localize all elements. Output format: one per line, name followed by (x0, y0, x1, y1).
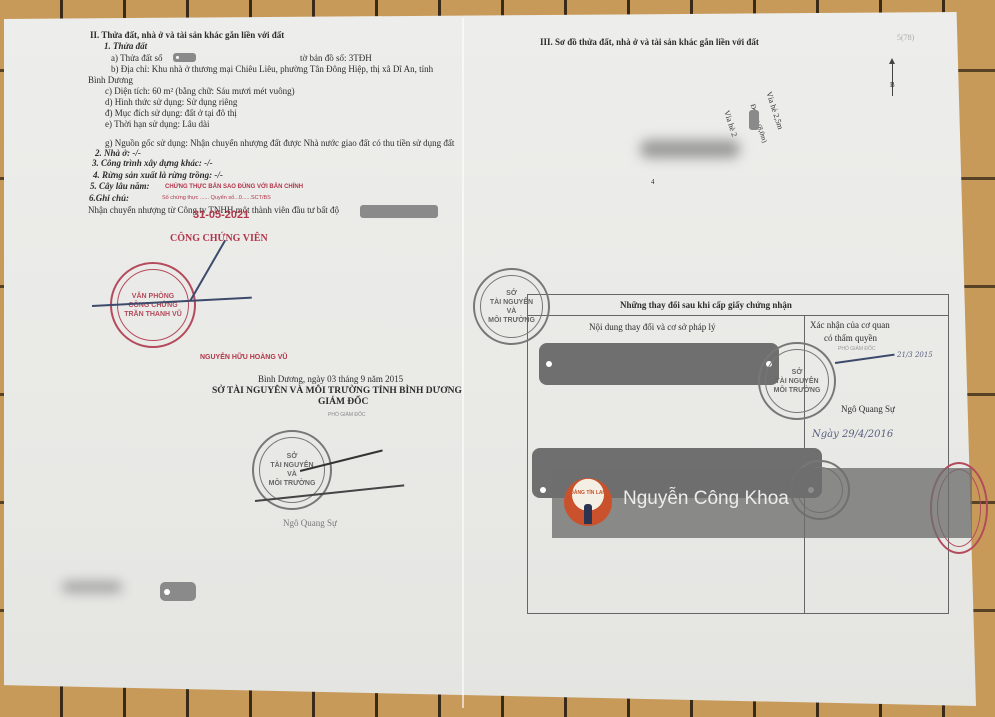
item-construction: 3. Công trình xây dựng khác: -/- (92, 158, 213, 169)
stamp-line: MÔI TRƯỜNG (774, 386, 821, 395)
avatar-person-icon (584, 504, 592, 524)
item-forest: 4. Rừng sản xuất là rừng trồng: -/- (93, 170, 223, 181)
area-line: c) Diện tích: 60 m² (bằng chữ: Sáu mươi … (105, 86, 295, 97)
corner-code: 5(78) (897, 32, 914, 43)
section3-heading: III. Sơ đồ thửa đất, nhà ở và tài sản kh… (540, 37, 759, 48)
redacted-parcel-number (173, 53, 196, 62)
issuer-role: GIÁM ĐỐC (318, 397, 368, 408)
stamp-line: TÀI NGUYÊN (490, 298, 533, 307)
notary-stamp: VĂN PHÒNG CÔNG CHỨNG TRẦN THANH VŨ (110, 262, 196, 348)
redacted-plot-label (749, 110, 759, 130)
map-sheet-number: tờ bản đồ số: 3TĐH (300, 53, 372, 64)
item-perennial: 5. Cây lâu năm: (90, 181, 150, 192)
redacted-company-name (360, 205, 438, 218)
redacted-serial (160, 582, 196, 601)
stamp-line: MÔI TRƯỜNG (488, 316, 535, 325)
usage-origin-line: g) Nguồn gốc sử dụng: Nhận chuyển nhượng… (105, 138, 454, 149)
usage-term-line: e) Thời hạn sử dụng: Lâu dài (105, 119, 209, 130)
section2-sub1: 1. Thửa đất (104, 41, 147, 52)
parcel-number-label: a) Thửa đất số (111, 53, 162, 64)
page-fold (462, 18, 464, 708)
row1-date: 21/3 2015 (897, 350, 933, 361)
changes-col1-header: Nội dung thay đổi và cơ sở pháp lý (589, 322, 716, 333)
address-line: b) Địa chỉ: Khu nhà ở thương mại Chiêu L… (111, 64, 433, 75)
redacted-change-content (539, 343, 779, 385)
changes-col2-header-2: có thẩm quyền (824, 333, 877, 344)
stamp-line: VÀ (507, 307, 517, 316)
notary-name: NGUYỄN HỮU HOÀNG VŨ (200, 352, 287, 363)
issuer-org: SỞ TÀI NGUYÊN VÀ MÔI TRƯỜNG TỈNH BÌNH DƯ… (212, 386, 462, 397)
north-label: B (890, 80, 895, 91)
certify-stamp-title: CHỨNG THỰC BẢN SAO ĐÚNG VỚI BẢN CHÍNH (165, 182, 303, 193)
row1-handwritten-date: Ngày 29/4/2016 (812, 429, 893, 440)
issuer-sub-role: PHÓ GIÁM ĐỐC (328, 410, 366, 421)
blurred-plot (640, 140, 740, 158)
issuer-stamp-line: SỞ (287, 452, 298, 461)
changes-table-title: Những thay đổi sau khi cấp giấy chứng nh… (620, 300, 792, 311)
address-cont: Bình Dương (88, 75, 133, 86)
usage-purpose-line: đ) Mục đích sử dụng: đất ở tại đô thị (105, 108, 237, 119)
blurred-text (62, 582, 122, 592)
certify-date: 31-05-2021 (193, 210, 249, 221)
stamp-line: SỞ (506, 289, 517, 298)
changes-stamp-top: SỞ TÀI NGUYÊN VÀ MÔI TRƯỜNG (473, 268, 550, 345)
issuer-stamp-line: MÔI TRƯỜNG (269, 479, 316, 488)
avatar-logo-text: HOÀNG TÍN LAND (564, 490, 612, 496)
issuer-stamp-line: VÀ (287, 470, 297, 479)
notary-stamp-line: VĂN PHÒNG (132, 292, 174, 301)
stamp-line: TÀI NGUYÊN (775, 377, 818, 386)
issuer-signer: Ngô Quang Sự (283, 518, 337, 529)
plot-marker: 4 (651, 177, 655, 188)
certify-stamp-line2: Số chứng thực ...... Quyển số...0......S… (162, 193, 271, 204)
watermark-name: Nguyễn Công Khoa (623, 488, 789, 510)
row1-sub-role: PHÓ GIÁM ĐỐC (838, 344, 876, 355)
changes-col2-header-1: Xác nhận của cơ quan (810, 320, 890, 331)
issue-date: Bình Dương, ngày 03 tháng 9 năm 2015 (258, 374, 403, 385)
changes-stamp-row1: SỞ TÀI NGUYÊN MÔI TRƯỜNG (758, 342, 836, 420)
row1-signer: Ngô Quang Sự (841, 404, 895, 415)
notary-stamp-line: TRẦN THANH VŨ (124, 310, 182, 319)
watermark-avatar: HOÀNG TÍN LAND (564, 478, 612, 526)
section2-heading: II. Thửa đất, nhà ở và tài sản khác gắn … (90, 30, 284, 41)
notary-title: CÔNG CHỨNG VIÊN (170, 233, 268, 244)
usage-form-line: d) Hình thức sử dụng: Sử dụng riêng (105, 97, 237, 108)
item-note: 6.Ghi chú: (89, 193, 129, 204)
stamp-line: SỞ (792, 368, 803, 377)
